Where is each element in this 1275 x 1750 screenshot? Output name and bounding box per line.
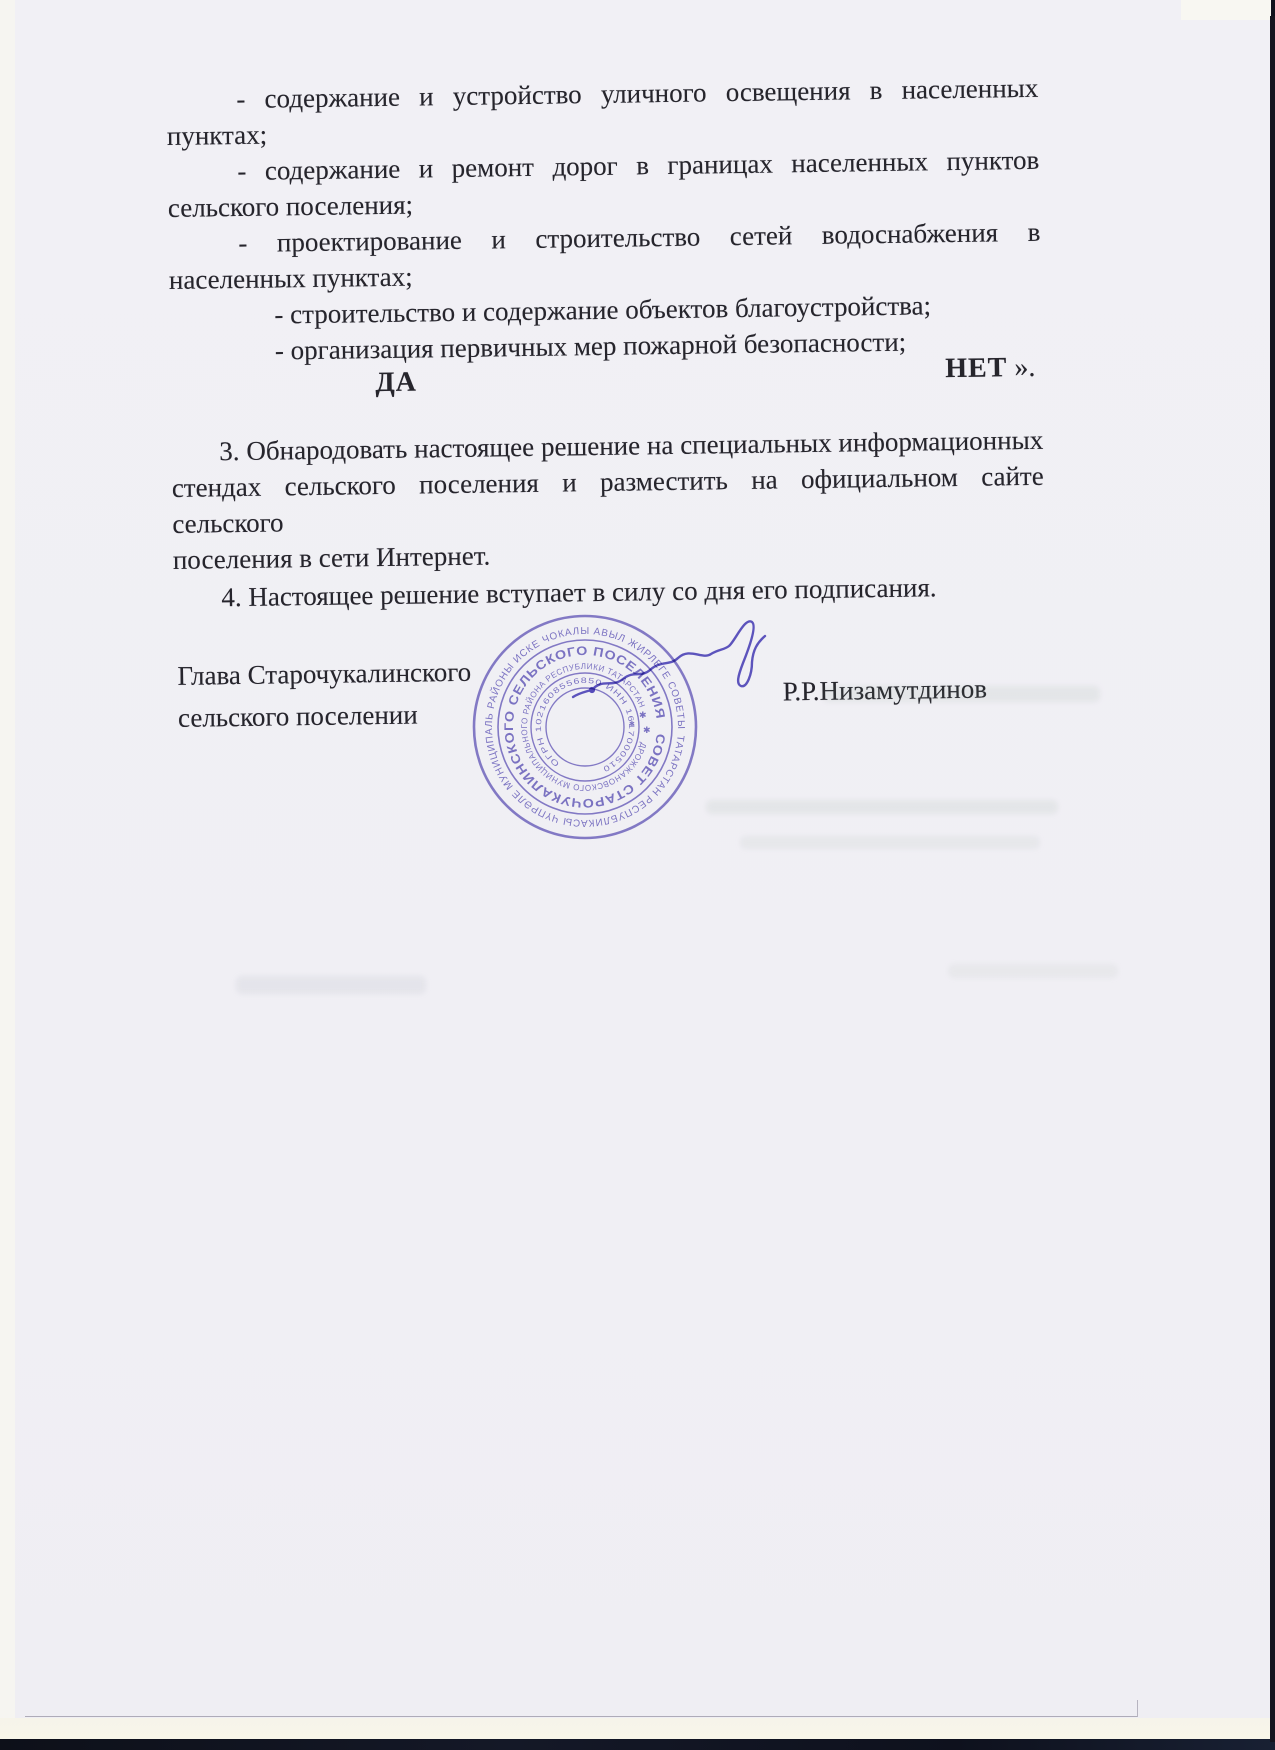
paper-sheet: - содержание и устройство уличного освещ…	[0, 0, 1271, 1740]
stamp-star-icon: ✱	[643, 725, 651, 735]
signer-title-line2: сельского поселении	[178, 697, 418, 736]
scanner-dark-edge-right	[1270, 16, 1275, 1742]
sheet-edge-corner	[1137, 1700, 1138, 1717]
scanner-dark-edge-bottom	[0, 1739, 1275, 1750]
signer-title-line1: Глава Старочукалинского	[177, 654, 471, 694]
top-margin	[165, 0, 1038, 82]
scan-left-edge	[0, 0, 15, 1740]
signature-lead-in	[573, 690, 591, 697]
closing-quote: ».	[1007, 352, 1035, 383]
signature-ink	[455, 545, 795, 725]
signature-ink-dot	[589, 687, 595, 693]
vote-no-word: НЕТ	[945, 352, 1008, 384]
bleed-through-artifact	[740, 836, 1040, 849]
sheet-edge-line	[25, 1716, 1137, 1717]
vote-no-label: НЕТ ».	[945, 350, 1036, 387]
vote-yes-label: ДА	[375, 365, 417, 402]
bleed-through-artifact	[706, 800, 1058, 814]
bleed-through-artifact	[236, 976, 426, 994]
paragraph-line: стендах сельского поселения и разместить…	[172, 458, 1045, 542]
signature-stroke	[592, 621, 765, 690]
signature-svg	[455, 545, 795, 725]
bleed-through-artifact	[948, 964, 1118, 978]
bleed-through-artifact	[822, 686, 1100, 702]
scanned-document: { "doc": { "bullet_lines": [ "- содержан…	[0, 0, 1275, 1750]
scan-corner-highlight	[1181, 0, 1271, 20]
scanner-background-strip	[0, 1718, 1275, 1740]
